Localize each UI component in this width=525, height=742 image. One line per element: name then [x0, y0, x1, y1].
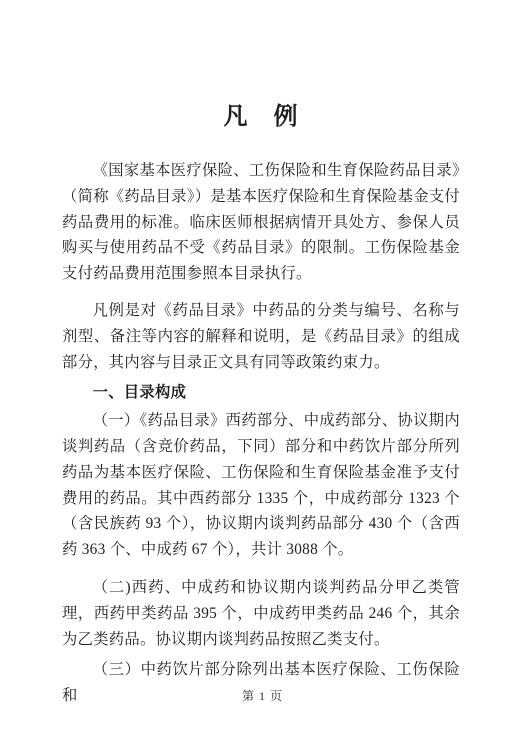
section1-item2-paragraph: （二)西药、中成药和协议期内谈判药品分甲乙类管理，西药甲类药品 395 个，中成… — [62, 575, 460, 652]
document-page: 凡 例 《国家基本医疗保险、工伤保险和生育保险药品目录》（简称《药品目录》）是基… — [0, 0, 525, 742]
section1-item1-paragraph: （一）《药品目录》西药部分、中成药部分、协议期内谈判药品（含竞价药品，下同）部分… — [62, 408, 460, 563]
intro-paragraph: 《国家基本医疗保险、工伤保险和生育保险药品目录》（简称《药品目录》）是基本医疗保… — [62, 158, 460, 287]
document-title: 凡 例 — [62, 99, 460, 135]
section-heading-catalog-composition: 一、目录构成 — [62, 380, 460, 406]
scope-paragraph: 凡例是对《药品目录》中药品的分类与编号、名称与剂型、备注等内容的解释和说明，是《… — [62, 298, 460, 375]
document-content: 凡 例 《国家基本医疗保险、工伤保险和生育保险药品目录》（简称《药品目录》）是基… — [62, 0, 460, 709]
page-number-footer: 第 1 页 — [0, 689, 525, 703]
